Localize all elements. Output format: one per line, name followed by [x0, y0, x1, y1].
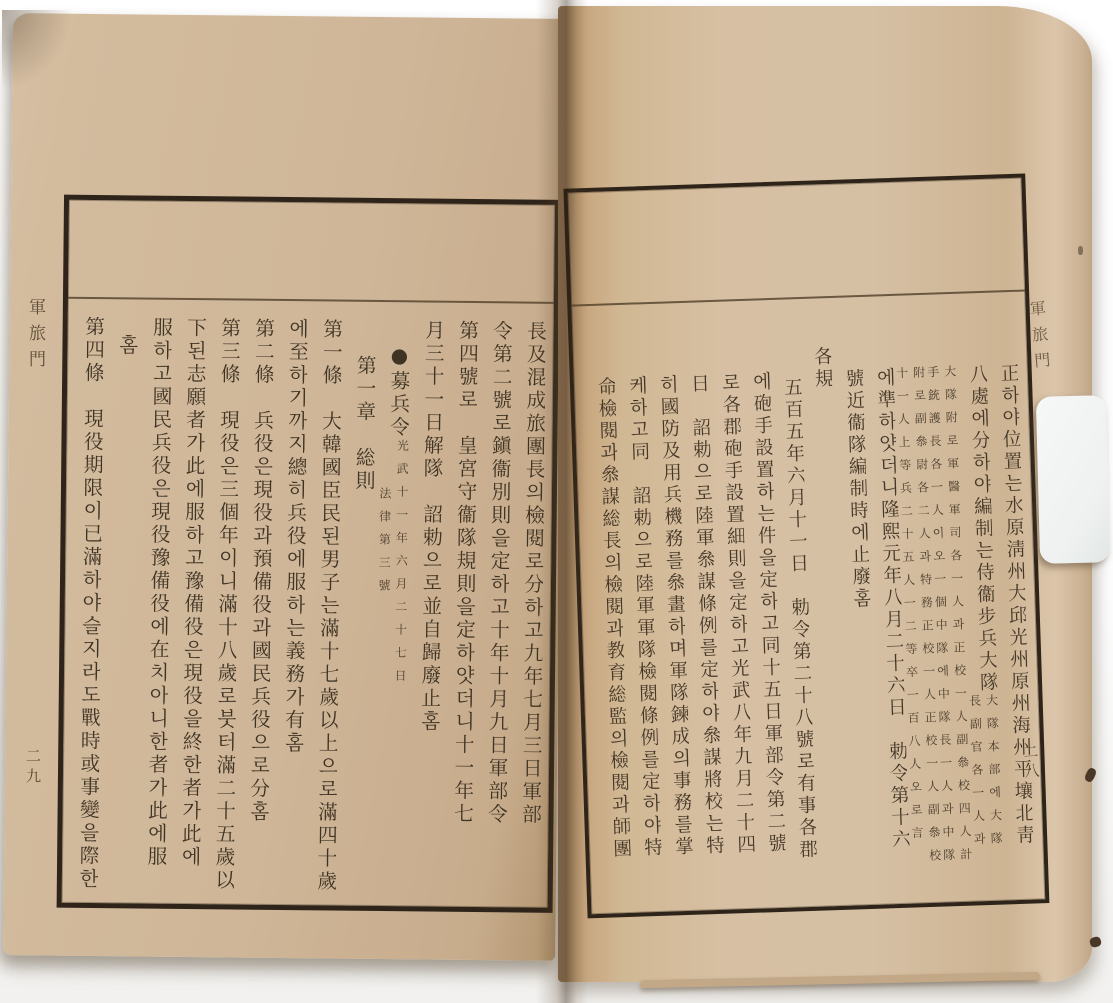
- page-edge-mark: [1078, 246, 1083, 255]
- inline-annotation: 光武十一年六月二十七日法律第三號: [375, 439, 409, 692]
- left-page: 長及混成旅團長의檢閱로分하고九年七月三日軍部令第二號로鎭衞別則을定하고十年十月九…: [3, 13, 565, 961]
- column-text: 正하야位置는水原淸州大邱光州原州海州平壤北靑: [997, 363, 1035, 847]
- right-page-tilt: 正하야位置는水原淸州大邱光州原州海州平壤北靑八處에分하야編制는侍衞步兵大隊大隊本…: [549, 0, 1113, 983]
- left-header-rule: [68, 297, 554, 304]
- left-page-frame: 長及混成旅團長의檢閱로分하고九年七月三日軍部令第二號로鎭衞別則을定하고十年十月九…: [57, 195, 560, 913]
- right-text-columns: 正하야位置는水原淸州大邱光州原州海州平壤北靑八處에分하야編制는侍衞步兵大隊大隊本…: [579, 340, 1035, 910]
- column-text: ●募兵令: [387, 343, 410, 439]
- column-text: 長及混成旅團長의檢閱로分하고九年七月三日軍部: [518, 321, 545, 827]
- book-photo: 長及混成旅團長의檢閱로分하고九年七月三日軍部令第二號로鎭衞別則을定하고十年十月九…: [0, 0, 1113, 1003]
- column-text: 홈: [115, 334, 137, 357]
- bookmark-tab: [1036, 395, 1110, 564]
- annotation-left-subcolumn: 法律第三號: [375, 439, 392, 692]
- column-text: 第一章 総則: [352, 355, 376, 493]
- right-header-rule: [571, 290, 1025, 307]
- right-page: 正하야位置는水原淸州大邱光州原州海州平壤北靑八處에分하야編制는侍衞步兵大隊大隊本…: [558, 6, 1092, 982]
- right-page-frame: 正하야位置는水原淸州大邱光州原州海州平壤北靑八處에分하야編制는侍衞步兵大隊大隊本…: [563, 173, 1049, 918]
- left-text-columns: 長及混成旅團長의檢閱로分하고九年七月三日軍部令第二號로鎭衞別則을定하고十年十月九…: [70, 316, 546, 902]
- text-column: 長及混成旅團長의檢閱로分하고九年七月三日軍部: [506, 320, 546, 901]
